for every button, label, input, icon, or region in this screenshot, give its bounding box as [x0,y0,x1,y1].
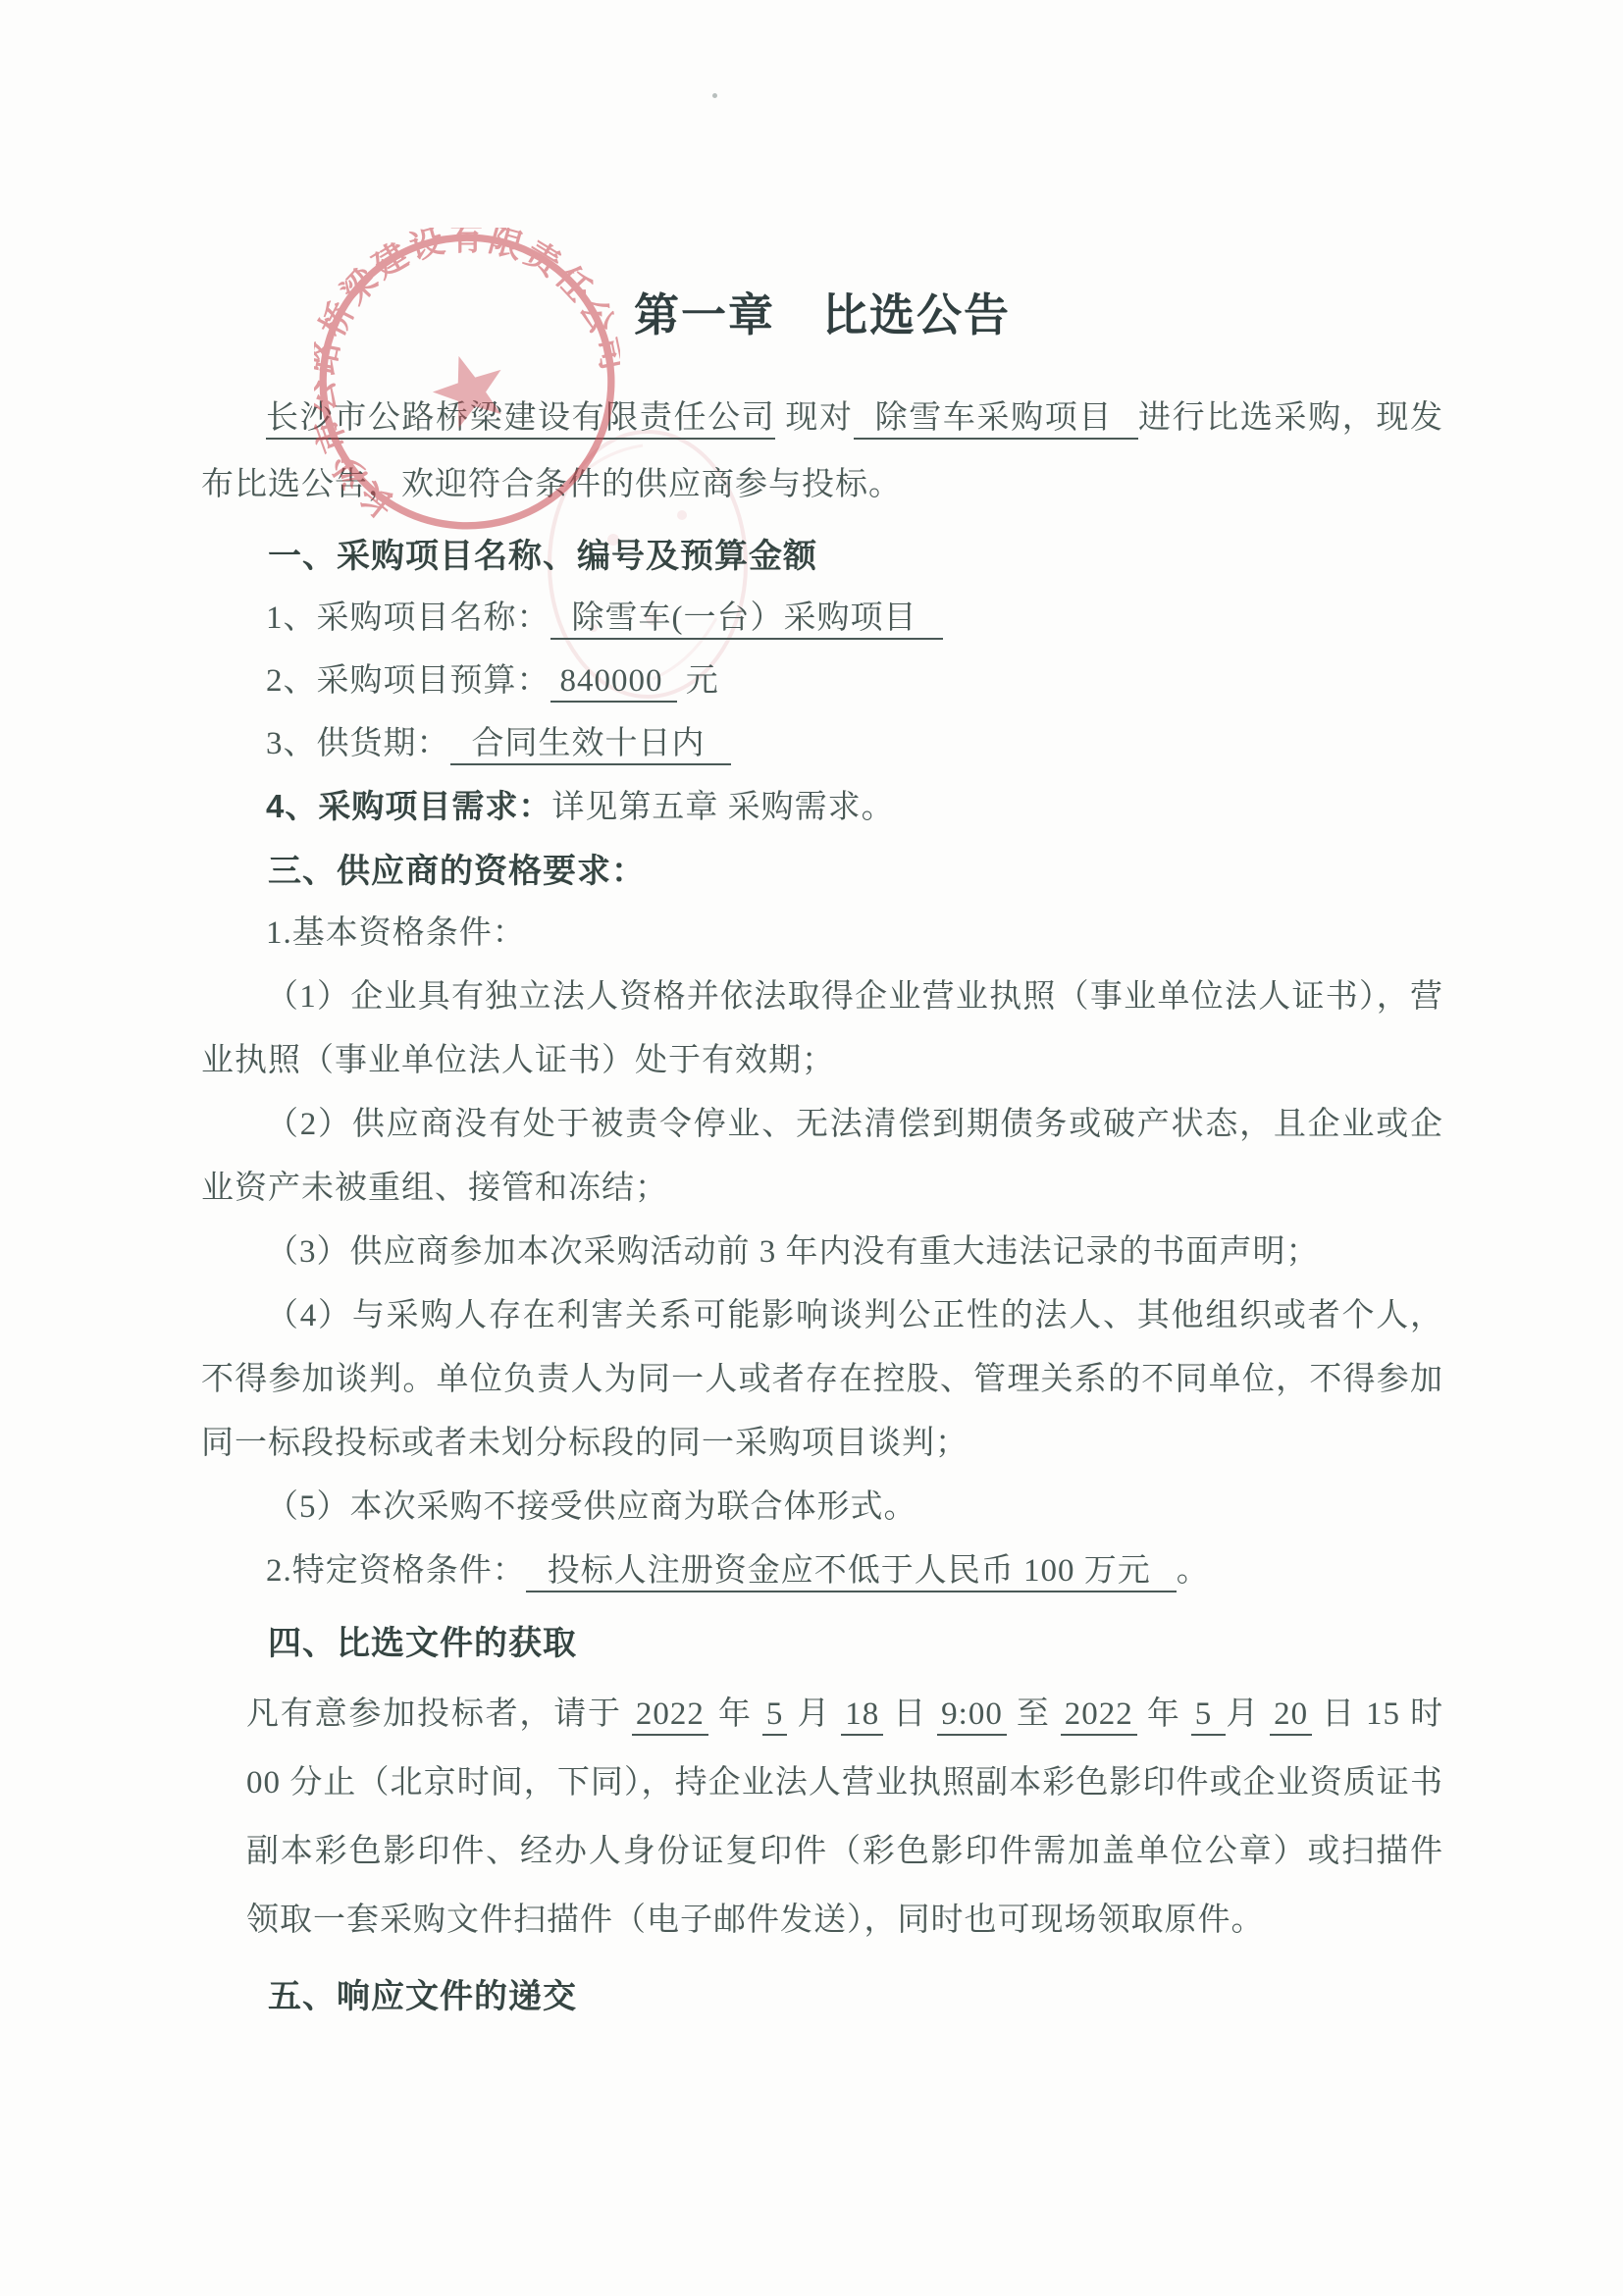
qualification-5: （5）本次采购不接受供应商为联合体形式。 [201,1476,1443,1539]
qualification-1: （1）企业具有独立法人资格并依法取得企业营业执照（事业单位法人证书），营业执照（… [201,965,1443,1093]
section4-heading: 四、比选文件的获取 [201,1613,1443,1674]
start-time: 9:00 [937,1696,1007,1736]
qualification-3: （3）供应商参加本次采购活动前 3 年内没有重大违法记录的书面声明； [201,1221,1443,1284]
special-qualification: 2.特定资格条件：投标人注册资金应不低于人民币 100 万元。 [201,1539,1443,1603]
section1-heading: 一、采购项目名称、编号及预算金额 [201,526,1443,587]
section3-heading: 三、供应商的资格要求： [201,841,1443,902]
document-obtain-paragraph: 凡有意参加投标者，请于 2022 年 5 月 18 日 9:00 至 2022 … [246,1680,1443,1955]
section5-heading: 五、响应文件的递交 [201,1966,1443,2027]
document-body: 第一章 比选公告 长沙市公路桥梁建设有限责任公司 现对除雪车采购项目进行比选采购… [201,0,1443,2027]
start-month: 5 [762,1696,788,1736]
item-delivery: 3、供货期：合同生效十日内 [201,712,1443,775]
budget-value: 840000 [550,663,677,703]
qualification-2: （2）供应商没有处于被责令停业、无法清偿到期债务或破产状态，且企业或企业资产未被… [201,1093,1443,1221]
start-year: 2022 [632,1696,708,1736]
item-requirement: 4、采购项目需求：详见第五章 采购需求。 [201,775,1443,839]
document-page: 长沙市公路桥梁建设有限责任公司 第一章 比选公告 长沙市公路桥梁建设有限责任公司… [0,0,1623,2296]
intro-paragraph: 长沙市公路桥梁建设有限责任公司 现对除雪车采购项目进行比选采购，现发布比选公告，… [201,385,1443,518]
end-month: 5 [1191,1696,1227,1736]
basic-qualification-label: 1.基本资格条件： [201,902,1443,965]
start-day: 18 [841,1696,883,1736]
item-budget: 2、采购项目预算：840000 元 [201,650,1443,712]
page-title: 第一章 比选公告 [201,287,1443,343]
end-day: 20 [1270,1696,1312,1736]
special-qualification-value: 投标人注册资金应不低于人民币 100 万元 [526,1553,1177,1592]
project-name-value: 除雪车(一台）采购项目 [550,600,943,640]
end-year: 2022 [1061,1696,1137,1736]
project-name: 除雪车采购项目 [854,400,1138,440]
qualification-4: （4）与采购人存在利害关系可能影响谈判公正性的法人、其他组织或者个人，不得参加谈… [201,1284,1443,1476]
buyer-name: 长沙市公路桥梁建设有限责任公司 [266,400,775,440]
item-project-name: 1、采购项目名称：除雪车(一台）采购项目 [201,587,1443,650]
delivery-value: 合同生效十日内 [450,726,731,765]
